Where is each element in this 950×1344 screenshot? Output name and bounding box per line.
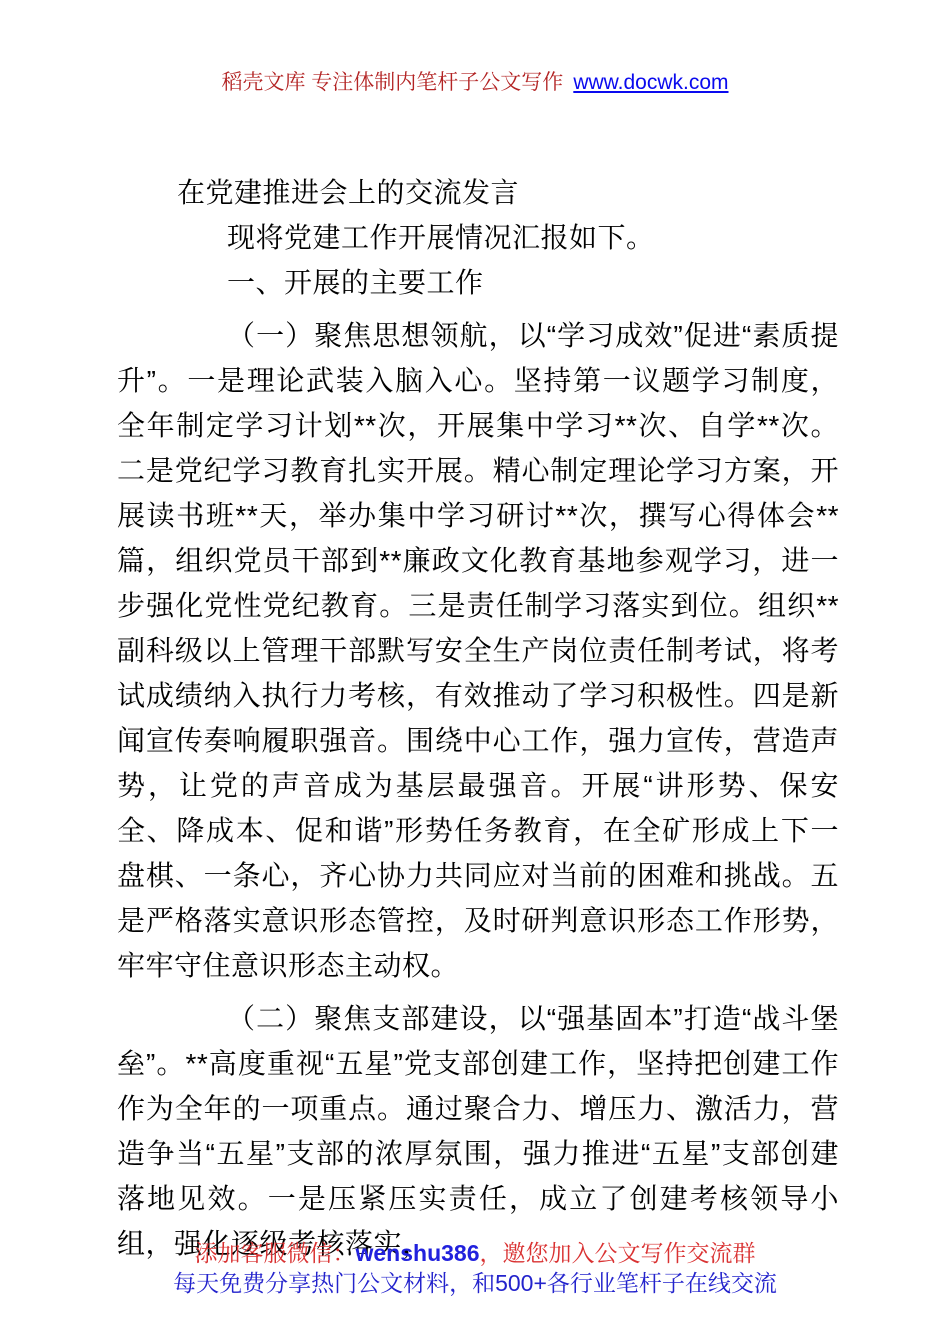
site-header: 稻壳文库 专注体制内笔杆子公文写作www.docwk.com [0,66,950,96]
site-link[interactable]: www.docwk.com [573,71,728,94]
document-body: 在党建推进会上的交流发言 现将党建工作开展情况汇报如下。 一、开展的主要工作 （… [117,170,839,1266]
site-brand-text: 稻壳文库 专注体制内笔杆子公文写作 [221,71,563,94]
footer-contact-suffix: ，邀您加入公文写作交流群 [480,1240,756,1266]
document-title: 在党建推进会上的交流发言 [117,170,839,215]
document-page: 稻壳文库 专注体制内笔杆子公文写作www.docwk.com 在党建推进会上的交… [0,0,950,1344]
paragraph-subsection-1: （一）聚焦思想领航，以“学习成效”促进“素质提升”。一是理论武装入脑入心。坚持第… [117,313,839,988]
footer-promo-line: 每天免费分享热门公文材料，和500+各行业笔杆子在线交流 [0,1268,950,1298]
paragraph-subsection-2: （二）聚焦支部建设，以“强基固本”打造“战斗堡垒”。**高度重视“五星”党支部创… [117,996,839,1266]
section-heading-1: 一、开展的主要工作 [117,260,839,305]
paragraph-intro: 现将党建工作开展情况汇报如下。 [117,215,839,260]
site-footer: 添加客服微信：wenshu386，邀您加入公文写作交流群 每天免费分享热门公文材… [0,1238,950,1298]
footer-wechat-account: wenshu386 [356,1240,480,1266]
footer-contact-prefix: 添加客服微信： [195,1240,356,1266]
footer-contact-line: 添加客服微信：wenshu386，邀您加入公文写作交流群 [0,1238,950,1268]
